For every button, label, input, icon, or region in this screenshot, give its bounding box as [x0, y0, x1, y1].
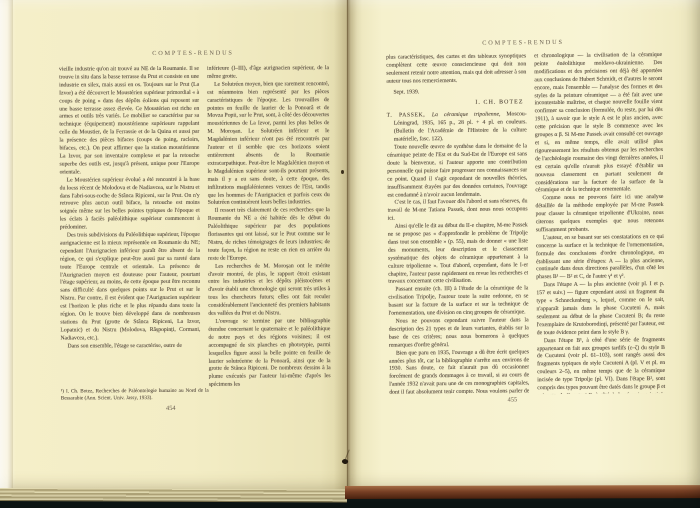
open-book: COMPTES-RENDUS vieille industrie qu'on a… [0, 0, 700, 508]
paragraph: I. CH. BOTEZ [387, 99, 524, 108]
paragraph: Toute nouvelle œuvre de synthèse dans le… [387, 143, 528, 200]
paragraph: Passant ensuite (ch. III) à l'étude de l… [388, 286, 528, 319]
paragraph: C'est le cas, il faut l'avouer dès l'abo… [387, 199, 527, 224]
binding-crease-line [347, 0, 348, 488]
right-page-column-2: et chronologique — la civilisation de la… [534, 52, 665, 394]
binding-speck [341, 170, 344, 174]
paragraph: Ainsi qu'elle le dit au début du II-e ch… [388, 222, 529, 287]
paragraph: Nous ne pouvons cependant suivre l'auteu… [389, 317, 529, 350]
gutter-shadow [334, 0, 362, 490]
paragraph: et chronologique — la civilisation de la… [534, 52, 663, 196]
page-edge-stack [0, 488, 347, 503]
right-page-column-1: plus caractéristiques, des cartes et des… [386, 53, 529, 394]
ref-author: T. PASSEK, [387, 113, 432, 119]
paragraph: Dans l'étape B¹, à côté d'une série de f… [537, 337, 666, 395]
ref-title: La céramique tripolienne, [432, 112, 507, 119]
paragraph: Comme nous ne pouvons faire ici une anal… [535, 194, 663, 235]
paragraph: plus caractéristiques, des cartes et des… [386, 53, 526, 86]
page-number-right: 455 [449, 396, 575, 404]
paragraph: Bien que paru en 1935, l'ouvrage a dû êt… [389, 349, 529, 395]
paragraph: L'auteur, en se basant sur ses constatat… [536, 234, 664, 283]
paragraph: Sept. 1939. [386, 88, 526, 97]
running-header-right: COMPTES-RENDUS [386, 38, 660, 48]
paragraph: Dans l'étape A — la plus ancienne (voir … [536, 281, 665, 338]
review-reference: T. PASSEK, La céramique tripolienne, Mos… [387, 112, 527, 145]
book-board-edge [345, 485, 700, 499]
book-scan-photo: COMPTES-RENDUS vieille industrie qu'on a… [0, 0, 700, 508]
